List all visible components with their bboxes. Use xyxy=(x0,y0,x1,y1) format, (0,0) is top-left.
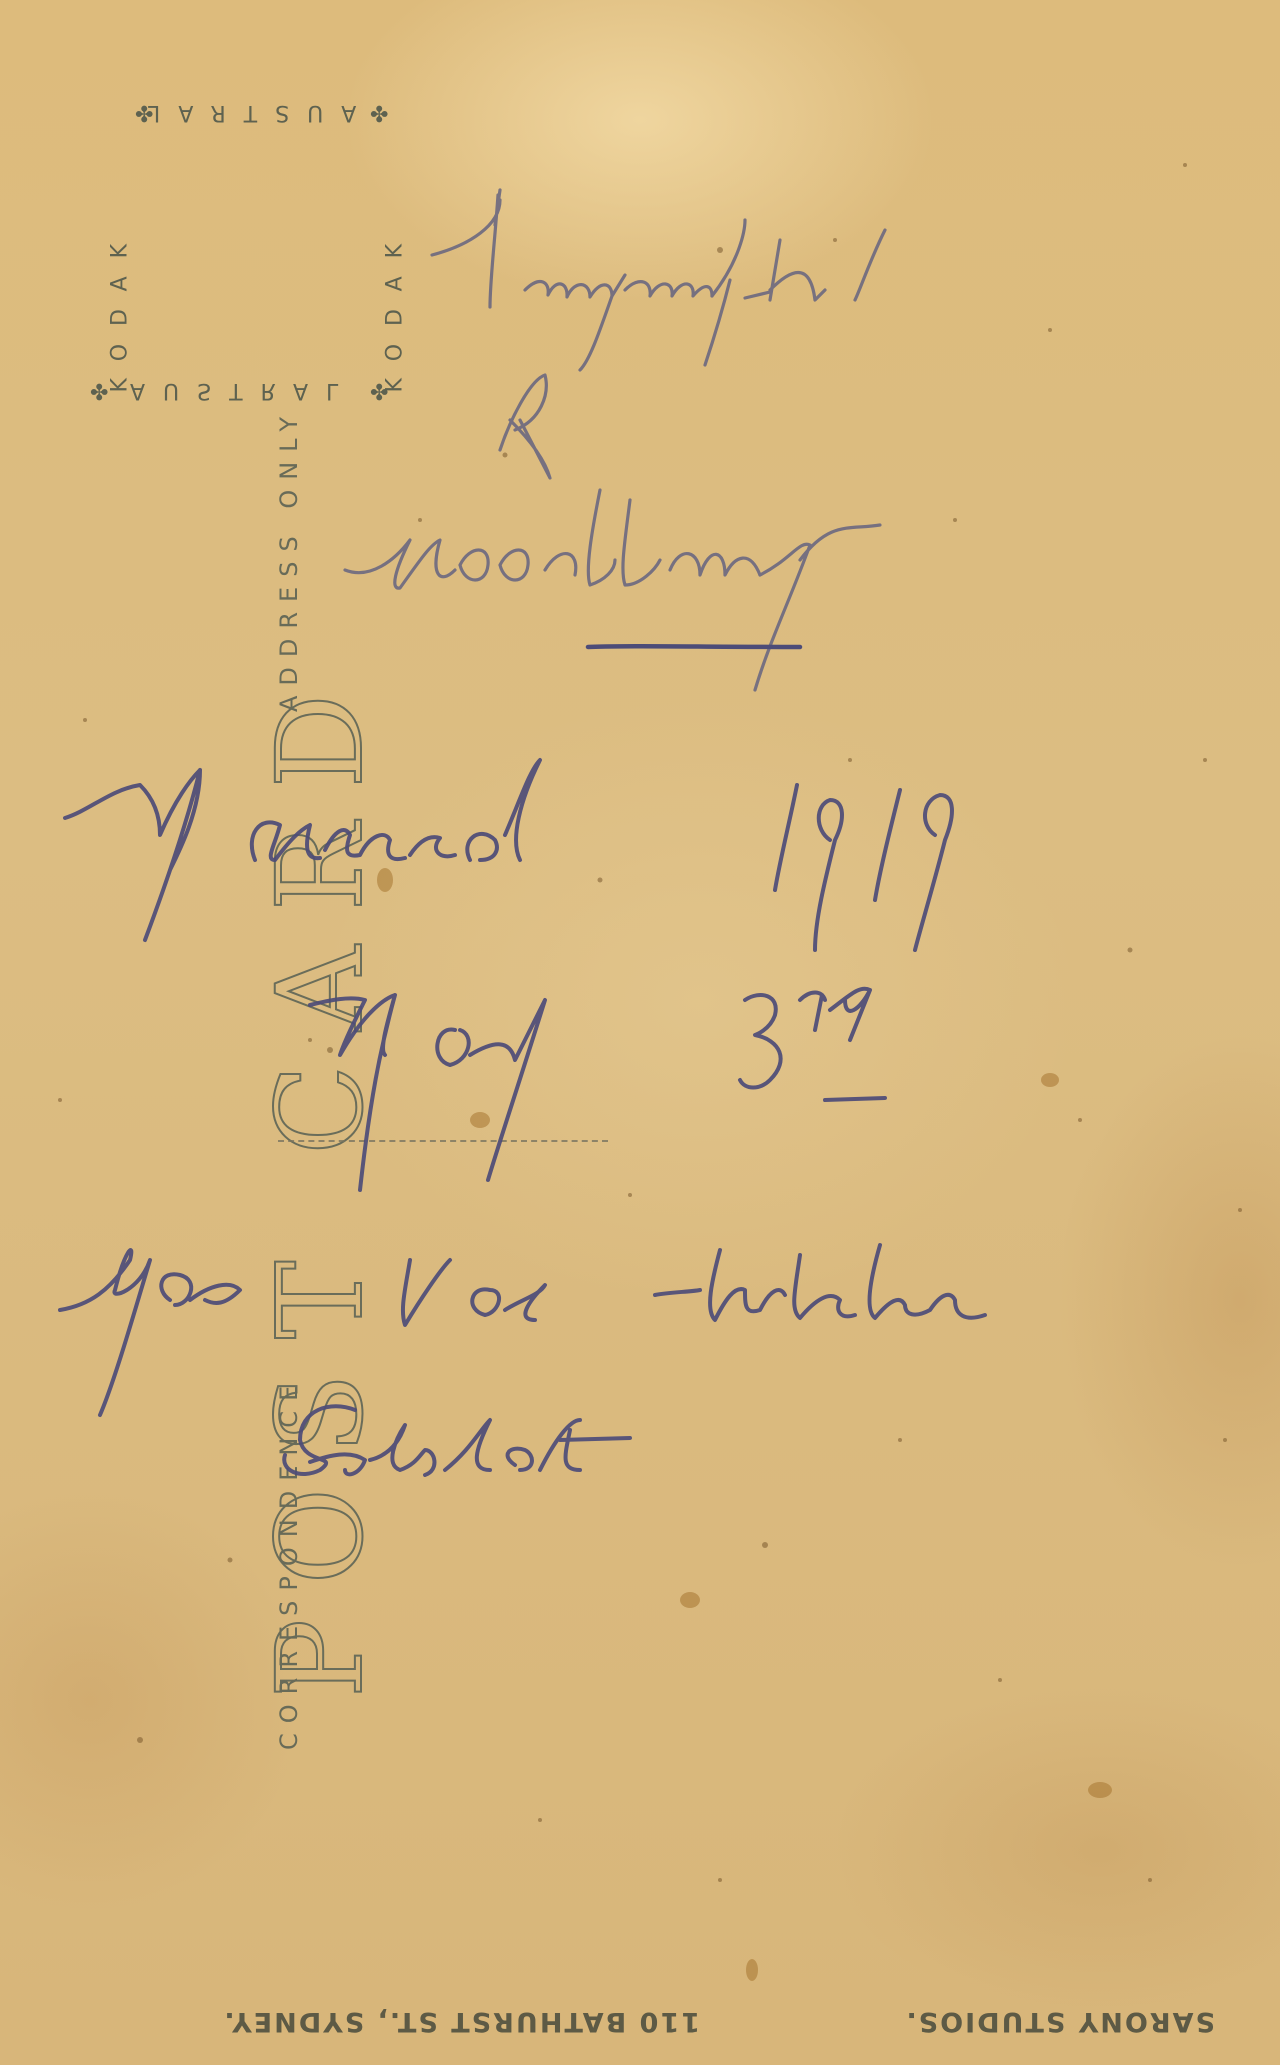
stamp-label-right: KODAK xyxy=(383,173,408,393)
handwriting-strokes xyxy=(0,0,1280,2065)
address-only-label: ADDRESS ONLY xyxy=(275,407,303,712)
postcard-back: AUSTRAL AUSTRAL KODAK KODAK ✤ ✤ ✤ ✤ POST… xyxy=(0,0,1280,2065)
divider-line xyxy=(278,1140,608,1142)
stamp-label-top: AUSTRAL xyxy=(130,100,356,125)
studio-address: 110 BATHURST ST., SYDNEY. xyxy=(222,2006,700,2037)
clover-ornament-icon: ✤ xyxy=(370,380,388,406)
studio-name: SARONY STUDIOS. xyxy=(904,2006,1215,2037)
clover-ornament-icon: ✤ xyxy=(135,102,153,128)
studio-imprint: SARONY STUDIOS. 110 BATHURST ST., SYDNEY… xyxy=(0,1995,1280,2045)
clover-ornament-icon: ✤ xyxy=(90,380,108,406)
paper-foxing-texture xyxy=(0,0,1280,2065)
stamp-label-bottom: AUSTRAL xyxy=(130,378,356,403)
clover-ornament-icon: ✤ xyxy=(370,102,388,128)
postcard-title: POST CARD xyxy=(251,559,389,1799)
stamp-label-left: KODAK xyxy=(108,173,133,393)
correspondence-label: CORRESPONDENCE xyxy=(275,1376,303,1750)
